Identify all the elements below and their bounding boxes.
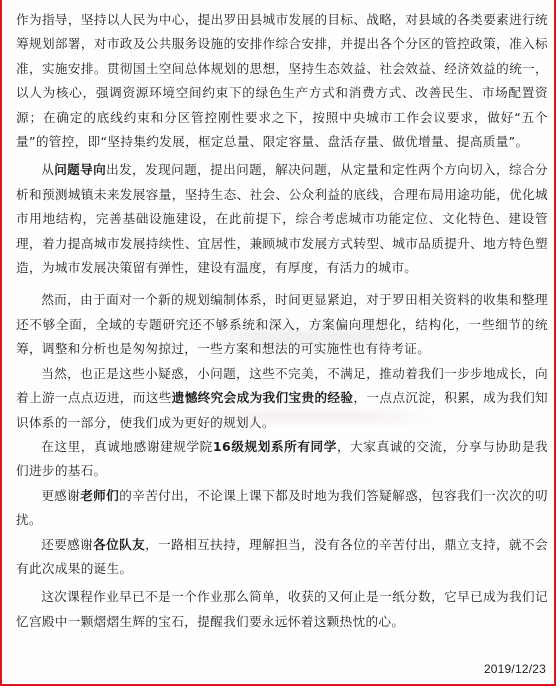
paragraph-thanks-teachers: 更感谢老师们的辛苦付出，不论课上课下都及时地为我们答疑解惑，包容我们一次次的叨扰… [16,484,548,533]
paragraph-text: 在这里，真诚地感谢建规学院 [41,439,213,454]
document-page: 作为指导，坚持以人民为中心，提出罗田县城市发展的目标、战略，对县域的各类要素进行… [0,0,556,686]
paragraph-text: 从 [41,162,54,177]
paragraph-text: 然而，由于面对一个新的规划编制体系，时间更显紧迫，对于罗田相关资料的收集和整理还… [16,292,548,356]
paragraph-thanks-teammates: 还要感谢各位队友，一路相互扶持，理解担当，没有各位的辛苦付出，鼎立支持，就不会有… [16,533,548,582]
paragraph-text: 作为指导，坚持以人民为中心，提出罗田县城市发展的目标、战略，对县域的各类要素进行… [16,12,548,149]
paragraph-text: 这次课程作业早已不是一个作业那么简单，收获的又何止是一纸分数，它早已成为我们记忆… [16,589,548,628]
emphasis-text: 16级规划系所有同学 [213,439,337,454]
paragraph-conclusion: 这次课程作业早已不是一个作业那么简单，收获的又何止是一纸分数，它早已成为我们记忆… [16,585,548,634]
emphasis-text: 老师们 [80,488,119,503]
emphasis-text: 问题导向 [54,162,106,177]
paragraph-text: 还要感谢 [41,537,93,552]
paragraph-text: 更感谢 [41,488,80,503]
document-date: 2019/12/23 [484,662,546,676]
document-body: 作为指导，坚持以人民为中心，提出罗田县城市发展的目标、战略，对县域的各类要素进行… [16,8,548,634]
paragraph-text: 出发，发现问题，提出问题，解决问题，从定量和定性两个方向切入，综合分析和预测城镇… [16,162,548,275]
emphasis-text: 各位队友 [93,537,145,552]
emphasis-text: 遗憾终究会成为我们宝贵的经验 [172,390,354,405]
paragraph-growth: 当然，也正是这些小疑惑，小问题，这些不完美，不满足，推动着我们一步步地成长，向着… [16,362,548,435]
paragraph-planning-guidance: 作为指导，坚持以人民为中心，提出罗田县城市发展的目标、战略，对县域的各类要素进行… [16,8,548,154]
paragraph-thanks-classmates: 在这里，真诚地感谢建规学院16级规划系所有同学，大家真诚的交流，分享与协助是我们… [16,435,548,484]
paragraph-problem-oriented: 从问题导向出发，发现问题，提出问题，解决问题，从定量和定性两个方向切入，综合分析… [16,158,548,280]
paragraph-limitations: 然而，由于面对一个新的规划编制体系，时间更显紧迫，对于罗田相关资料的收集和整理还… [16,288,548,361]
